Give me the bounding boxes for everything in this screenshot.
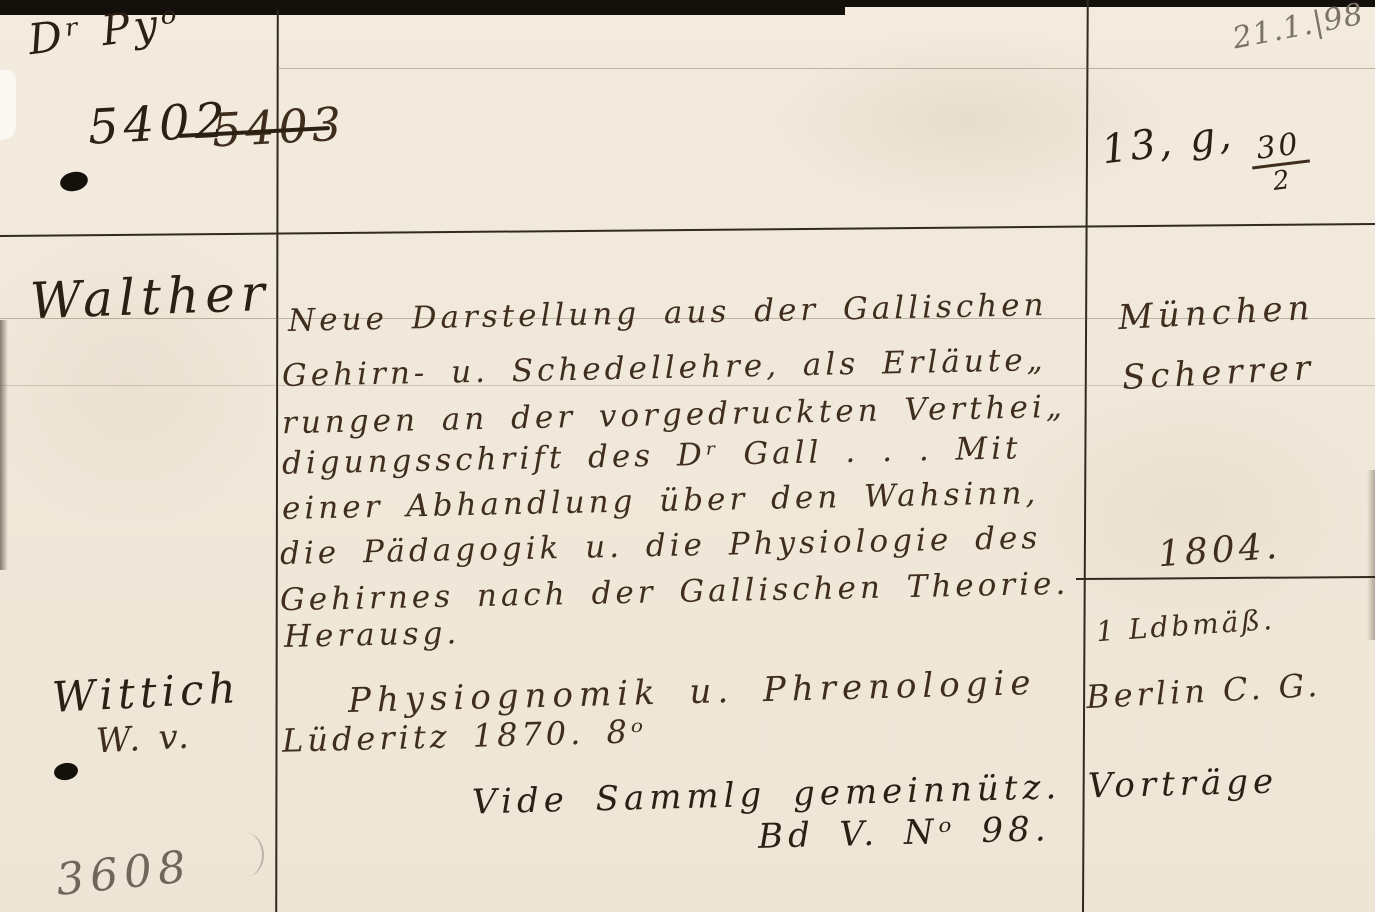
author-initials-wittich: W. v. xyxy=(95,719,193,758)
entry2-place: Berlin C. G. xyxy=(1085,669,1322,713)
fraction-denominator: 2 xyxy=(1271,167,1294,195)
row-rule-header xyxy=(0,223,1375,237)
fraction-numerator: 30 xyxy=(1255,130,1303,165)
shelf-fraction: 302 xyxy=(1248,129,1313,198)
title-line: digungsschrift des Dʳ Gall . . . Mit xyxy=(282,433,1022,479)
series-note-line: Vide Sammlg gemeinnütz. Vorträge xyxy=(472,764,1279,819)
entry1-year: 1804. xyxy=(1157,529,1282,573)
entry1-binding-note: 1 Ldbmäß. xyxy=(1095,606,1276,646)
class-mark: Dʳ Pyᵒ xyxy=(26,1,184,61)
torn-edge-patch xyxy=(0,70,16,140)
accession-number: 5402 xyxy=(87,96,231,151)
row-rule-top xyxy=(276,68,1375,69)
entry1-place: München xyxy=(1117,291,1315,335)
scan-edge-band xyxy=(830,0,1375,7)
entry1-publisher: Scherrer xyxy=(1121,351,1316,395)
shelf-mark: 13, g,302 xyxy=(1100,106,1313,215)
shelf-mark-prefix: 13, g, xyxy=(1099,112,1236,174)
edge-smear xyxy=(0,320,8,570)
entry2-title-line: Physiognomik u. Phrenologie xyxy=(348,666,1037,718)
row-rule-year xyxy=(1076,576,1375,580)
title-line: Gehirnes nach der Gallischen Theorie. xyxy=(280,569,1070,617)
pencil-arc xyxy=(228,833,264,877)
author-name-wittich: Wittich xyxy=(51,667,242,719)
author-name-walther: Walther xyxy=(29,268,271,326)
pencil-date: 21.1.|98 xyxy=(1230,0,1366,54)
title-line: einer Abhandlung über den Wahsinn, xyxy=(282,478,1040,525)
title-line: Neue Darstellung aus der Gallischen xyxy=(288,290,1048,337)
punch-hole xyxy=(58,169,89,193)
punch-hole xyxy=(53,761,80,782)
entry2-imprint-line: Lüderitz 1870. 8ᵒ xyxy=(282,715,648,757)
title-line: Herausg. xyxy=(284,618,461,653)
edge-smear xyxy=(1367,470,1375,640)
title-line: die Pädagogik u. die Physiologie des xyxy=(280,523,1042,570)
series-note-line: Bd V. Nᵒ 98. xyxy=(758,812,1051,854)
footer-pencil-number: 3608 xyxy=(54,845,194,903)
catalog-card: Dʳ Pyᵒ 5402 5403 21.1.|98 13, g,302 Walt… xyxy=(0,0,1375,912)
